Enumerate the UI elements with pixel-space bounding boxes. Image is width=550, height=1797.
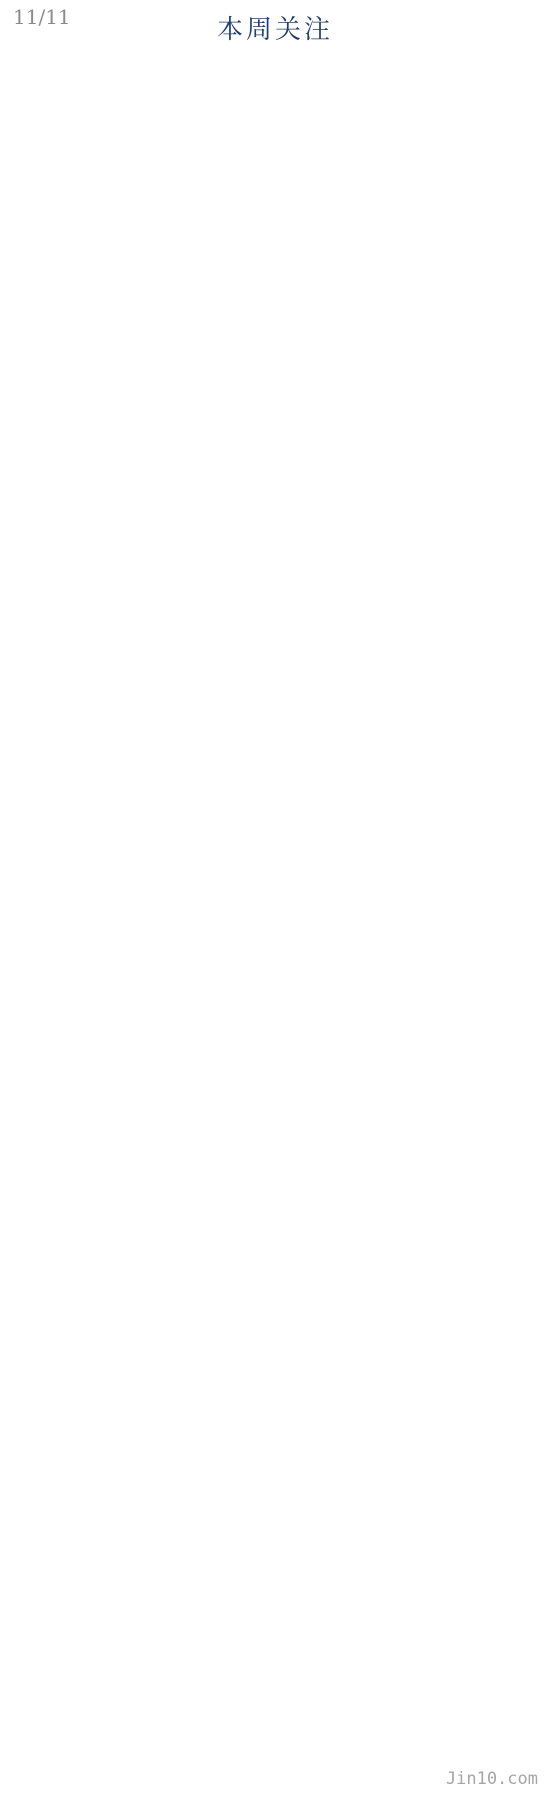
jin10-watermark: Jin10.com: [446, 1769, 538, 1789]
weekly-focus-page: 11/11 本周关注 Jin10.com: [0, 0, 550, 1797]
page-header: 11/11 本周关注: [0, 0, 550, 52]
page-title: 本周关注: [0, 9, 550, 46]
